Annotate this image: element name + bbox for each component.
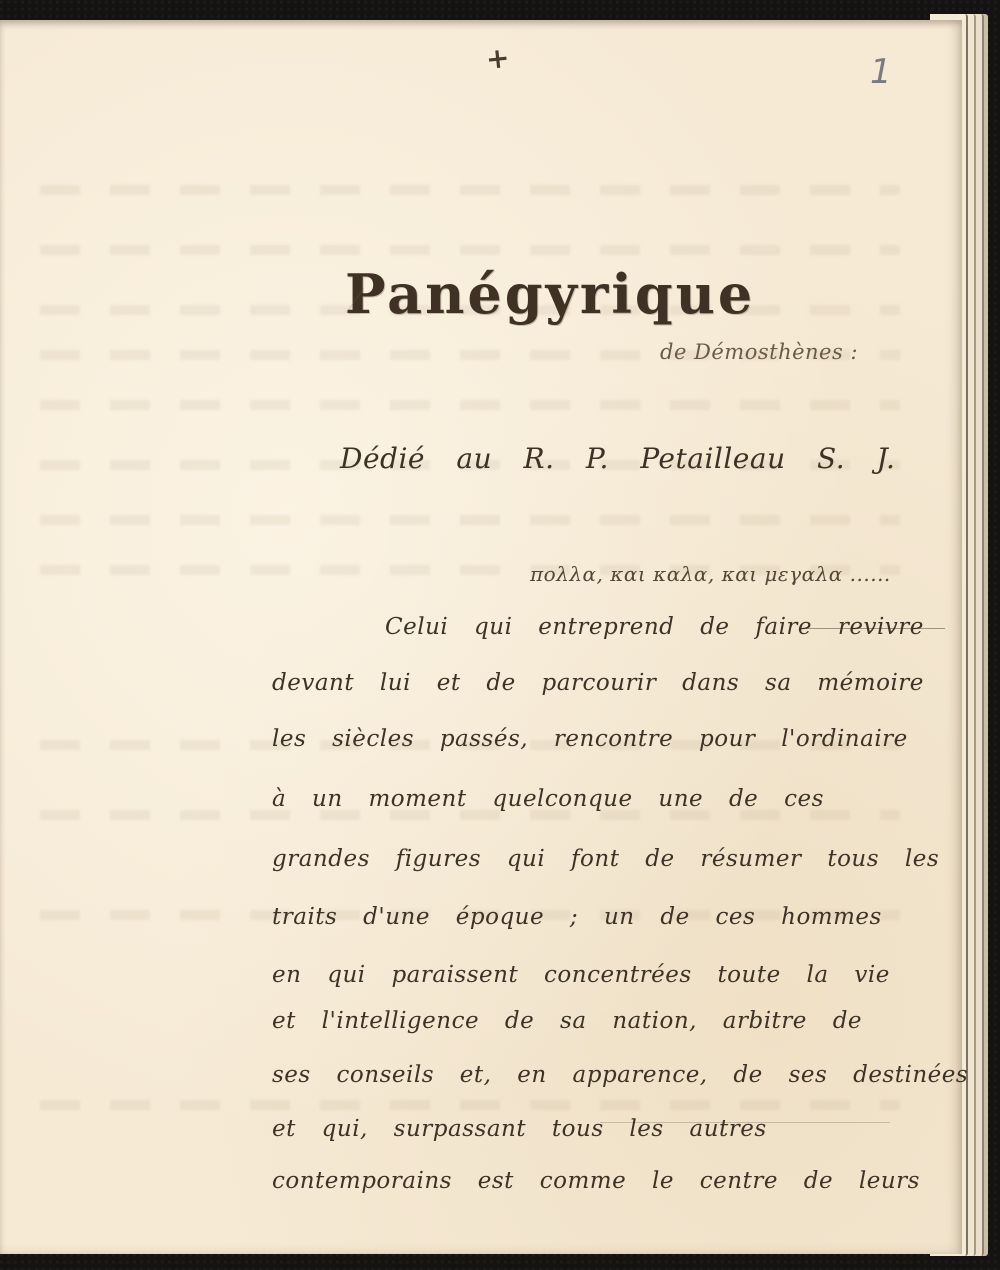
subtitle: de Démosthènes : [660, 340, 858, 364]
body-line: en qui paraissent concentrées toute la v… [272, 962, 890, 988]
body-line: et l'intelligence de sa nation, arbitre … [272, 1008, 862, 1034]
body-line: traits d'une époque ; un de ces hommes [272, 904, 882, 930]
body-line: devant lui et de parcourir dans sa mémoi… [272, 670, 924, 696]
cross-mark: + [484, 41, 511, 76]
bleed-through [40, 515, 900, 525]
body-line: à un moment quelconque une de ces [272, 786, 824, 812]
body-line: Celui qui entreprend de faire revivre [385, 614, 924, 640]
body-line: et qui, surpassant tous les autres [272, 1116, 767, 1142]
bleed-through [40, 1100, 900, 1110]
body-line: les siècles passés, rencontre pour l'ord… [272, 726, 908, 752]
dedication: Dédié au R. P. Petailleau S. J. [340, 442, 895, 475]
body-line: contemporains est comme le centre de leu… [272, 1168, 920, 1194]
page-number: 1 [870, 52, 892, 92]
epigraph: πολλα, και καλα, και μεγαλα ...... [530, 562, 891, 586]
body-line: ses conseils et, en apparence, de ses de… [272, 1062, 968, 1088]
page-title: Panégyrique [345, 262, 755, 326]
ink-stroke [600, 1122, 890, 1123]
body-line: grandes figures qui font de résumer tous… [272, 846, 939, 872]
bleed-through [40, 185, 900, 195]
ink-stroke [800, 628, 945, 629]
bleed-through [40, 245, 900, 255]
bleed-through [40, 400, 900, 410]
